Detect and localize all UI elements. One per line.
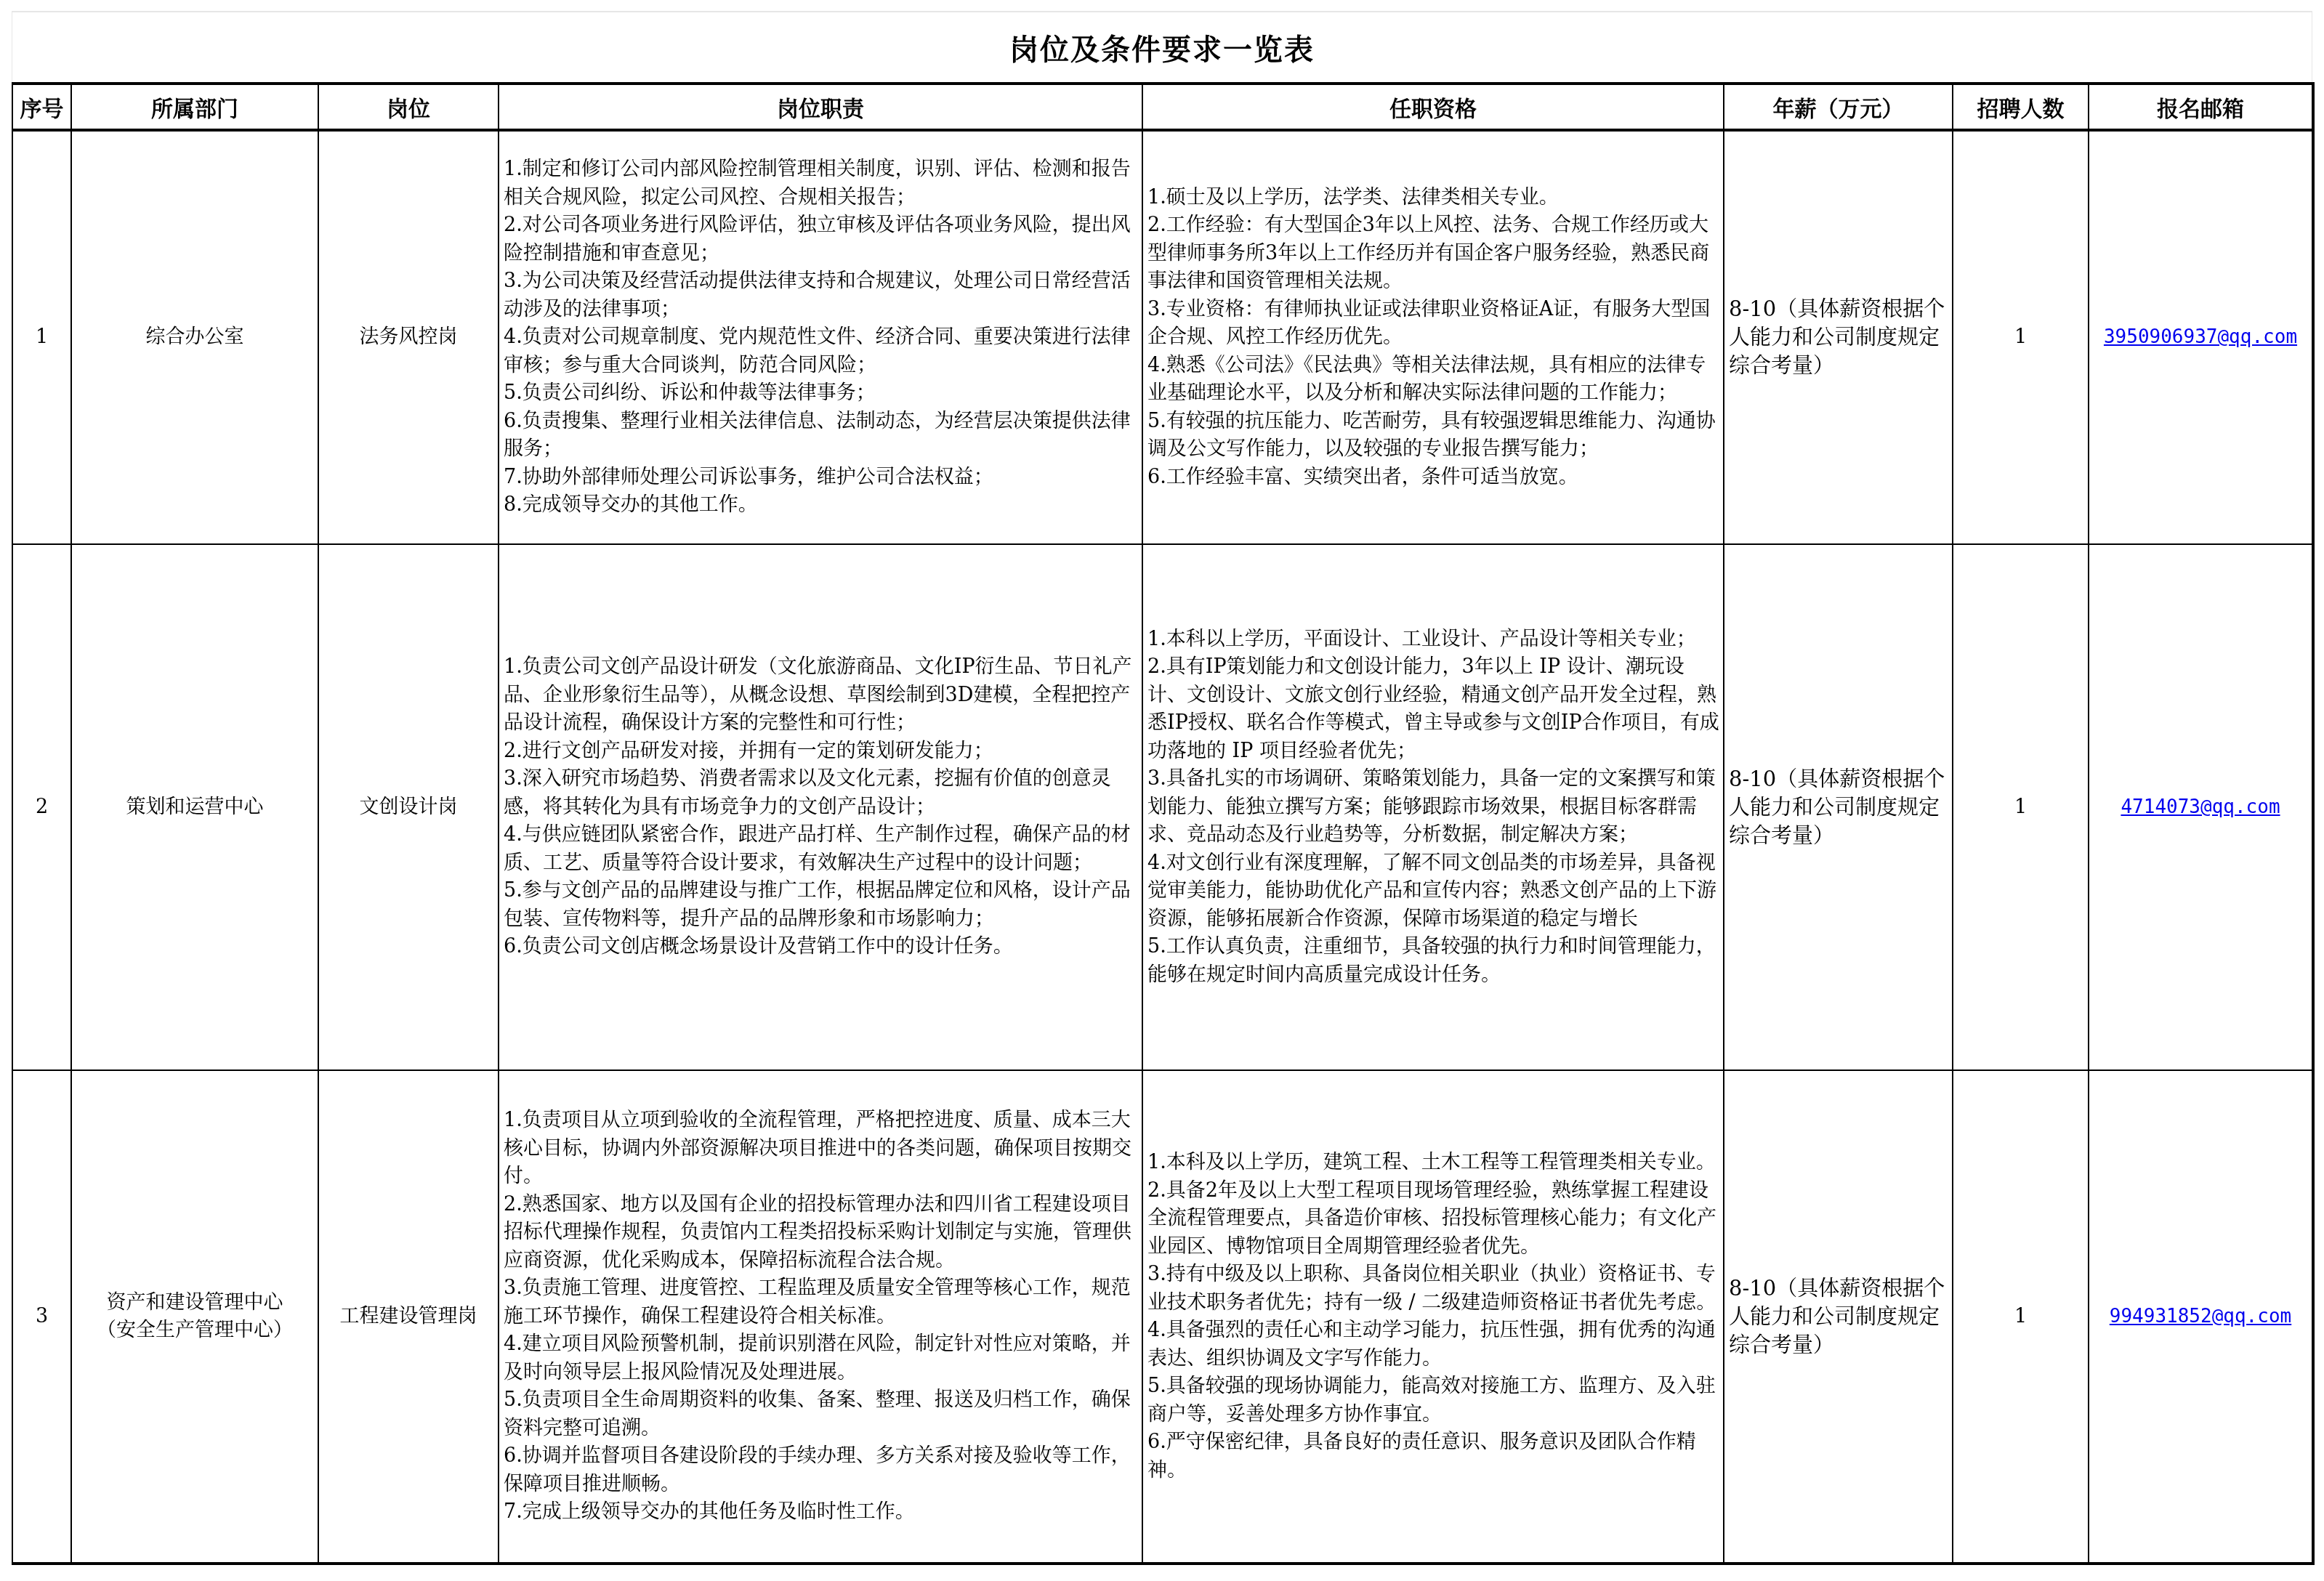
cell-index: 3 (12, 1070, 71, 1564)
cell-department: 资产和建设管理中心（安全生产管理中心） (71, 1070, 318, 1564)
header-headcount: 招聘人数 (1953, 84, 2089, 130)
table-row: 3资产和建设管理中心（安全生产管理中心）工程建设管理岗1.负责项目从立项到验收的… (12, 1070, 2313, 1564)
duty-item: 6.协调并监督项目各建设阶段的手续办理、多方关系对接及验收等工作，保障项目推进顺… (504, 1442, 1139, 1498)
cell-position: 工程建设管理岗 (318, 1070, 499, 1564)
cell-department: 综合办公室 (71, 130, 318, 544)
qualification-item: 4.具备强烈的责任心和主动学习能力，抗压性强，拥有优秀的沟通表达、组织协调及文字… (1147, 1317, 1720, 1372)
cell-index: 2 (12, 544, 71, 1070)
duty-item: 7.完成上级领导交办的其他任务及临时性工作。 (504, 1498, 1139, 1527)
cell-qualifications: 1.硕士及以上学历，法学类、法律类相关专业。2.工作经验：有大型国企3年以上风控… (1142, 130, 1724, 544)
cell-duties: 1.负责公司文创产品设计研发（文化旅游商品、文化IP衍生品、节日礼产品、企业形象… (499, 544, 1142, 1070)
cell-duties: 1.制定和修订公司内部风险控制管理相关制度，识别、评估、检测和报告相关合规风险，… (499, 130, 1142, 544)
qualification-item: 6.工作经验丰富、实绩突出者，条件可适当放宽。 (1147, 464, 1720, 492)
header-row: 序号 所属部门 岗位 岗位职责 任职资格 年薪（万元） 招聘人数 报名邮箱 (12, 84, 2313, 130)
qualification-item: 3.专业资格：有律师执业证或法律职业资格证A证，有服务大型国企合规、风控工作经历… (1147, 296, 1720, 352)
qualification-item: 1.硕士及以上学历，法学类、法律类相关专业。 (1147, 184, 1720, 212)
qualification-item: 1.本科及以上学历，建筑工程、土木工程等工程管理类相关专业。 (1147, 1149, 1720, 1177)
cell-department: 策划和运营中心 (71, 544, 318, 1070)
qualification-item: 2.具备2年及以上大型工程项目现场管理经验，熟练掌握工程建设全流程管理要点，具备… (1147, 1177, 1720, 1261)
duty-item: 4.负责对公司规章制度、党内规范性文件、经济合同、重要决策进行法律审核；参与重大… (504, 323, 1139, 379)
table-row: 1综合办公室法务风控岗1.制定和修订公司内部风险控制管理相关制度，识别、评估、检… (12, 130, 2313, 544)
headcount-value: 1 (1953, 323, 2088, 352)
position-name: 法务风控岗 (319, 323, 498, 352)
qualification-item: 6.严守保密纪律，具备良好的责任意识、服务意识及团队合作精神。 (1147, 1428, 1720, 1484)
salary-text: 8-10（具体薪资根据个人能力和公司制度规定综合考量） (1729, 1274, 1949, 1359)
row-index: 3 (13, 1303, 70, 1331)
duty-item: 5.参与文创产品的品牌建设与推广工作，根据品牌定位和风格，设计产品包装、宣传物料… (504, 877, 1139, 933)
header-department: 所属部门 (71, 84, 318, 130)
qualification-item: 2.具有IP策划能力和文创设计能力，3年以上 IP 设计、潮玩设计、文创设计、文… (1147, 653, 1720, 765)
row-index: 2 (13, 793, 70, 822)
cell-salary: 8-10（具体薪资根据个人能力和公司制度规定综合考量） (1724, 130, 1953, 544)
cell-email: 994931852@qq.com (2089, 1070, 2313, 1564)
page-title: 岗位及条件要求一览表 (1009, 27, 1315, 68)
header-duties: 岗位职责 (499, 84, 1142, 130)
qualification-item: 5.具备较强的现场协调能力，能高效对接施工方、监理方、及入驻商户等，妥善处理多方… (1147, 1372, 1720, 1428)
duty-item: 3.深入研究市场趋势、消费者需求以及文化元素，挖掘有价值的创意灵感，将其转化为具… (504, 765, 1139, 821)
duty-item: 2.熟悉国家、地方以及国有企业的招投标管理办法和四川省工程建设项目招标代理操作规… (504, 1191, 1139, 1275)
duty-item: 8.完成领导交办的其他工作。 (504, 491, 1139, 519)
qualification-item: 2.工作经验：有大型国企3年以上风控、法务、合规工作经历或大型律师事务所3年以上… (1147, 211, 1720, 296)
header-email: 报名邮箱 (2089, 84, 2313, 130)
duty-item: 7.协助外部律师处理公司诉讼事务，维护公司合法权益； (504, 464, 1139, 492)
department-name: （安全生产管理中心） (72, 1317, 318, 1345)
header-position: 岗位 (318, 84, 499, 130)
cell-headcount: 1 (1953, 544, 2089, 1070)
duty-item: 4.建立项目风险预警机制，提前识别潜在风险，制定针对性应对策略，并及时向领导层上… (504, 1330, 1139, 1386)
qualification-item: 4.对文创行业有深度理解，了解不同文创品类的市场差异，具备视觉审美能力，能协助优… (1147, 849, 1720, 934)
email-link[interactable]: 4714073@qq.com (2121, 796, 2280, 818)
duty-item: 3.为公司决策及经营活动提供法律支持和合规建议，处理公司日常经营活动涉及的法律事… (504, 267, 1139, 323)
position-name: 工程建设管理岗 (319, 1303, 498, 1331)
cell-index: 1 (12, 130, 71, 544)
duty-item: 3.负责施工管理、进度管控、工程监理及质量安全管理等核心工作，规范施工环节操作，… (504, 1274, 1139, 1330)
cell-duties: 1.负责项目从立项到验收的全流程管理，严格把控进度、质量、成本三大核心目标，协调… (499, 1070, 1142, 1564)
row-index: 1 (13, 323, 70, 352)
salary-text: 8-10（具体薪资根据个人能力和公司制度规定综合考量） (1729, 765, 1949, 850)
table-row: 2策划和运营中心文创设计岗1.负责公司文创产品设计研发（文化旅游商品、文化IP衍… (12, 544, 2313, 1070)
qualification-item: 5.工作认真负责，注重细节，具备较强的执行力和时间管理能力，能够在规定时间内高质… (1147, 933, 1720, 989)
duty-item: 1.负责项目从立项到验收的全流程管理，严格把控进度、质量、成本三大核心目标，协调… (504, 1107, 1139, 1191)
department-name: 资产和建设管理中心 (72, 1289, 318, 1317)
duty-item: 6.负责搜集、整理行业相关法律信息、法制动态，为经营层决策提供法律服务； (504, 408, 1139, 464)
headcount-value: 1 (1953, 1303, 2088, 1331)
title-row: 岗位及条件要求一览表 (12, 11, 2312, 82)
duty-item: 1.负责公司文创产品设计研发（文化旅游商品、文化IP衍生品、节日礼产品、企业形象… (504, 653, 1139, 737)
qualification-item: 1.本科以上学历，平面设计、工业设计、产品设计等相关专业； (1147, 626, 1720, 654)
headcount-value: 1 (1953, 793, 2088, 822)
duty-item: 1.制定和修订公司内部风险控制管理相关制度，识别、评估、检测和报告相关合规风险，… (504, 155, 1139, 211)
cell-qualifications: 1.本科及以上学历，建筑工程、土木工程等工程管理类相关专业。2.具备2年及以上大… (1142, 1070, 1724, 1564)
department-name: 综合办公室 (72, 323, 318, 352)
cell-qualifications: 1.本科以上学历，平面设计、工业设计、产品设计等相关专业；2.具有IP策划能力和… (1142, 544, 1724, 1070)
email-link[interactable]: 994931852@qq.com (2110, 1306, 2291, 1327)
cell-salary: 8-10（具体薪资根据个人能力和公司制度规定综合考量） (1724, 544, 1953, 1070)
header-index: 序号 (12, 84, 71, 130)
positions-table: 序号 所属部门 岗位 岗位职责 任职资格 年薪（万元） 招聘人数 报名邮箱 1综… (12, 82, 2315, 1565)
cell-position: 法务风控岗 (318, 130, 499, 544)
department-name: 策划和运营中心 (72, 793, 318, 822)
duty-item: 2.进行文创产品研发对接，并拥有一定的策划研发能力； (504, 737, 1139, 766)
header-salary: 年薪（万元） (1724, 84, 1953, 130)
cell-salary: 8-10（具体薪资根据个人能力和公司制度规定综合考量） (1724, 1070, 1953, 1564)
cell-headcount: 1 (1953, 1070, 2089, 1564)
duty-item: 5.负责公司纠纷、诉讼和仲裁等法律事务； (504, 379, 1139, 408)
duty-item: 4.与供应链团队紧密合作，跟进产品打样、生产制作过程，确保产品的材质、工艺、质量… (504, 821, 1139, 877)
spreadsheet: 岗位及条件要求一览表 序号 所属部门 岗位 岗位职责 任职资格 年薪（万元） 招… (12, 11, 2312, 1565)
duty-item: 6.负责公司文创店概念场景设计及营销工作中的设计任务。 (504, 933, 1139, 961)
cell-email: 4714073@qq.com (2089, 544, 2313, 1070)
qualification-item: 3.具备扎实的市场调研、策略策划能力，具备一定的文案撰写和策划能力、能独立撰写方… (1147, 765, 1720, 849)
duty-item: 5.负责项目全生命周期资料的收集、备案、整理、报送及归档工作，确保资料完整可追溯… (504, 1386, 1139, 1442)
qualification-item: 4.熟悉《公司法》《民法典》等相关法律法规，具有相应的法律专业基础理论水平，以及… (1147, 352, 1720, 408)
position-name: 文创设计岗 (319, 793, 498, 822)
email-link[interactable]: 3950906937@qq.com (2104, 326, 2297, 348)
cell-position: 文创设计岗 (318, 544, 499, 1070)
qualification-item: 5.有较强的抗压能力、吃苦耐劳，具有较强逻辑思维能力、沟通协调及公文写作能力，以… (1147, 408, 1720, 464)
header-qualifications: 任职资格 (1142, 84, 1724, 130)
qualification-item: 3.持有中级及以上职称、具备岗位相关职业（执业）资格证书、专业技术职务者优先；持… (1147, 1261, 1720, 1317)
cell-headcount: 1 (1953, 130, 2089, 544)
cell-email: 3950906937@qq.com (2089, 130, 2313, 544)
duty-item: 2.对公司各项业务进行风险评估，独立审核及评估各项业务风险，提出风险控制措施和审… (504, 211, 1139, 267)
salary-text: 8-10（具体薪资根据个人能力和公司制度规定综合考量） (1729, 295, 1949, 380)
